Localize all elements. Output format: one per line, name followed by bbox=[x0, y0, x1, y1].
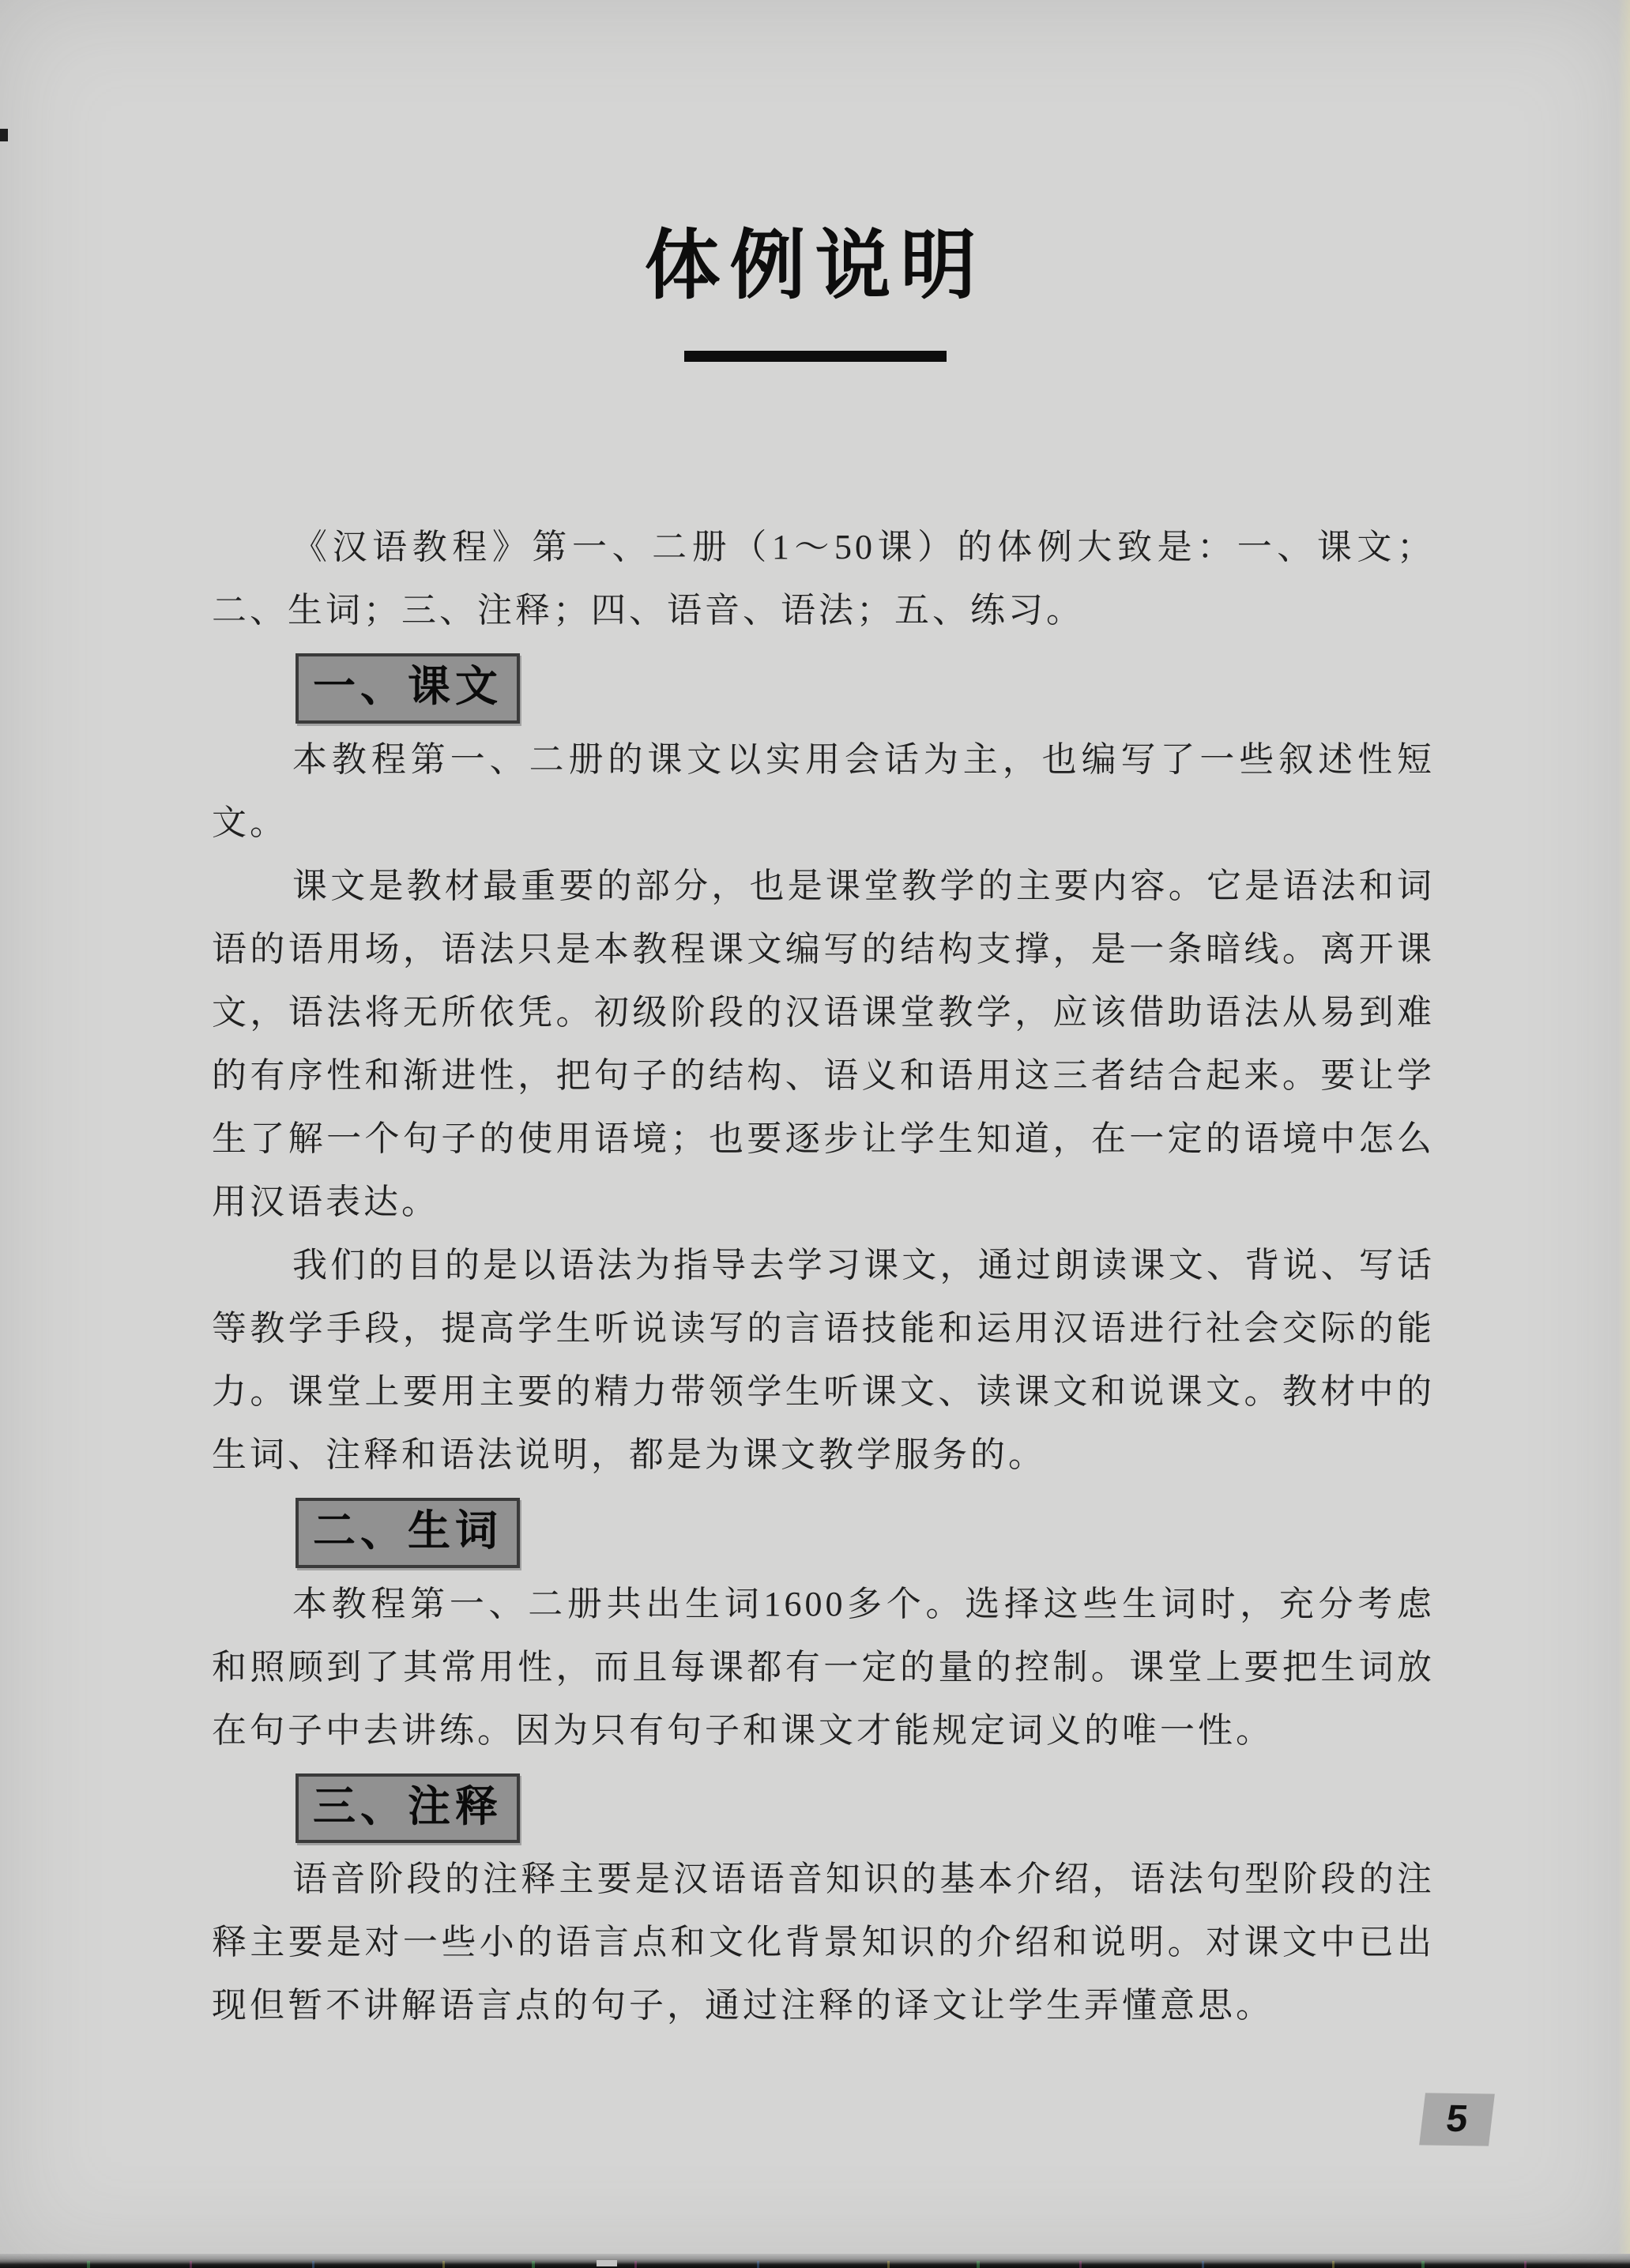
title-underline bbox=[684, 351, 947, 362]
paragraph-kewen-3: 我们的目的是以语法为指导去学习课文，通过朗读课文、背说、写话等教学手段，提高学生… bbox=[212, 1234, 1435, 1487]
section-heading-zhushi-label: 三、注释 bbox=[313, 1783, 503, 1830]
paragraph-kewen-2: 课文是教材最重要的部分，也是课堂教学的主要内容。它是语法和词语的语用场，语法只是… bbox=[212, 855, 1435, 1234]
page-number-badge: 5 bbox=[1419, 2093, 1495, 2146]
paragraph-kewen-1: 本教程第一、二册的课文以实用会话为主，也编写了一些叙述性短文。 bbox=[212, 728, 1435, 855]
scan-artifact-bottom-gap bbox=[597, 2260, 617, 2266]
document-body: 《汉语教程》第一、二册（1～50课）的体例大致是：一、课文；二、生词；三、注释；… bbox=[212, 516, 1435, 2037]
section-heading-kewen: 一、课文 bbox=[296, 653, 520, 724]
scanned-page: 体例说明 《汉语教程》第一、二册（1～50课）的体例大致是：一、课文；二、生词；… bbox=[0, 0, 1630, 2268]
section-heading-kewen-label: 一、课文 bbox=[313, 663, 503, 710]
page-number: 5 bbox=[1444, 2098, 1470, 2140]
paragraph-shengci-1: 本教程第一、二册共出生词1600多个。选择这些生词时，充分考虑和照顾到了其常用性… bbox=[212, 1573, 1435, 1762]
scan-artifact-bottom-edge bbox=[0, 2254, 1630, 2268]
paragraph-zhushi-1: 语音阶段的注释主要是汉语语音知识的基本介绍，语法句型阶段的注释主要是对一些小的语… bbox=[212, 1848, 1435, 2037]
section-heading-shengci: 二、生词 bbox=[296, 1498, 520, 1568]
page-title: 体例说明 bbox=[0, 215, 1630, 318]
section-heading-shengci-label: 二、生词 bbox=[313, 1507, 503, 1555]
scan-artifact-right-edge bbox=[1617, 0, 1630, 2268]
scan-artifact-left-dash bbox=[0, 129, 8, 141]
section-heading-zhushi: 三、注释 bbox=[296, 1773, 520, 1844]
intro-paragraph: 《汉语教程》第一、二册（1～50课）的体例大致是：一、课文；二、生词；三、注释；… bbox=[212, 516, 1435, 642]
